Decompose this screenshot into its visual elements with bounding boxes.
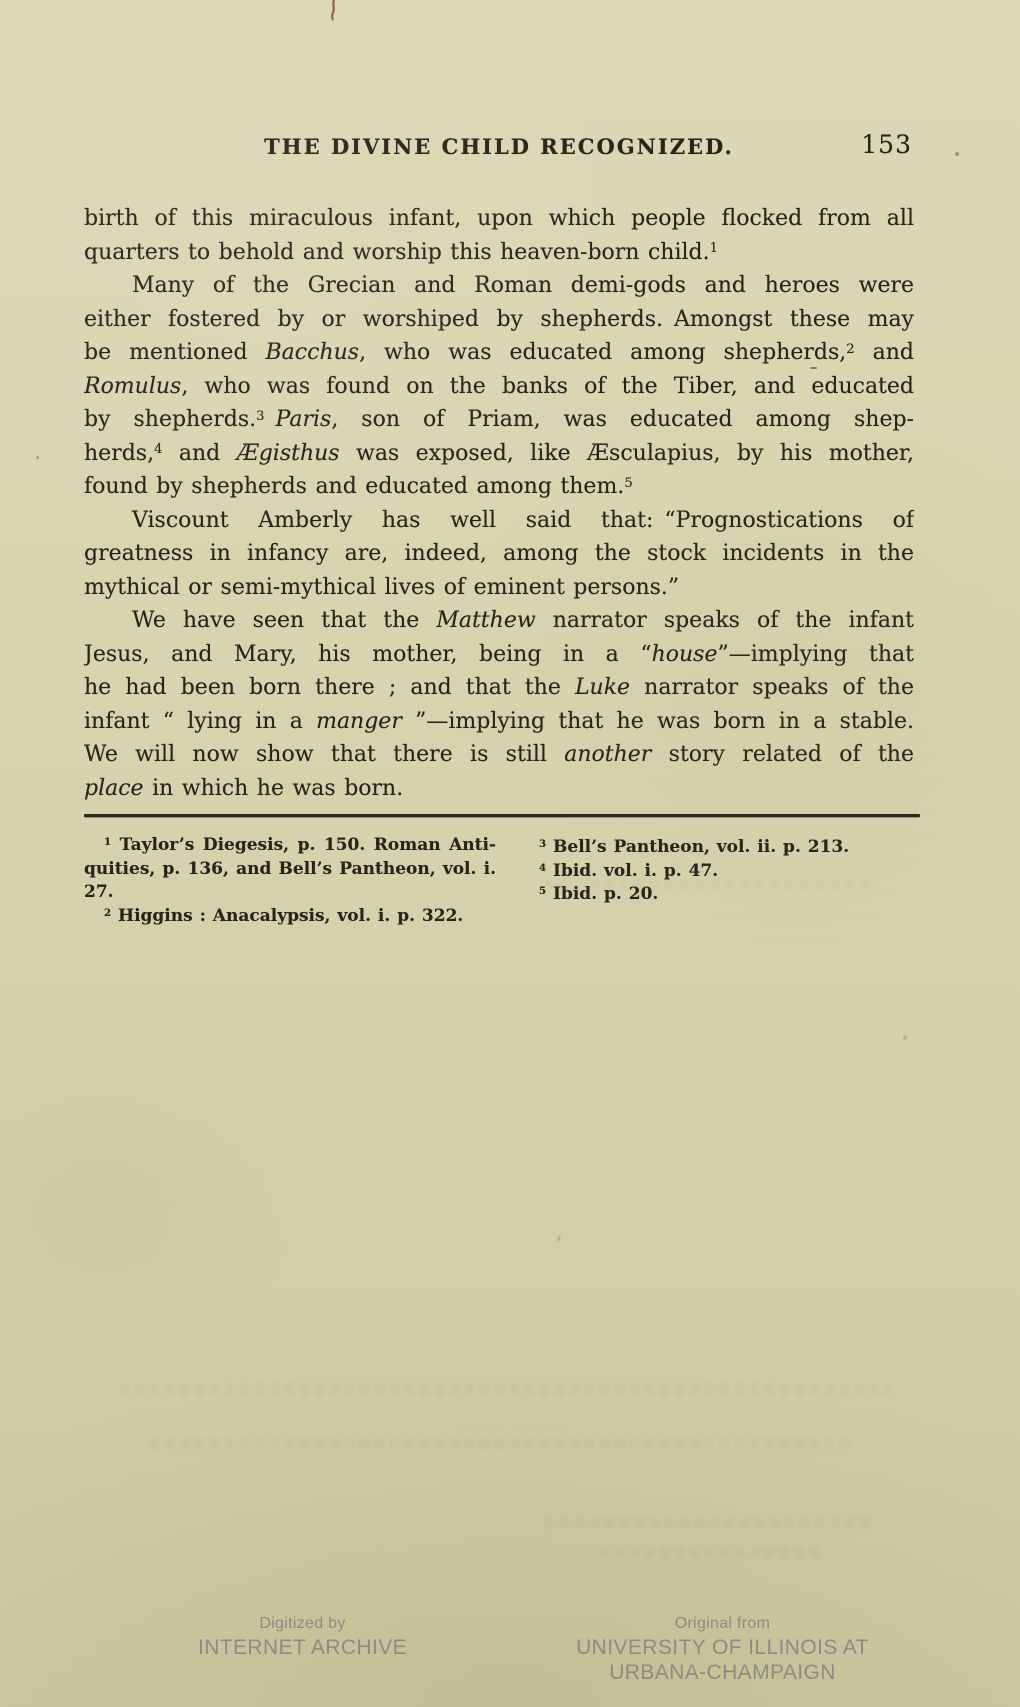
text-line: greatness in infancy are, indeed, among … [84,537,914,571]
text-segment: 27. [84,882,114,902]
text-segment: he had been born there ; and that the [84,675,575,700]
text-segment: Higgins : Anacalypsis, vol. i. p. 322. [111,906,463,926]
text-segment: Many of the Grecian and Roman demi-gods … [132,273,914,298]
page-number: 153 [861,130,912,159]
text-segment: birth of this miraculous infant, upon wh… [84,206,914,231]
text-segment: , who was found on the banks of the Tibe… [181,374,914,399]
show-through-ghost [150,1438,850,1449]
show-through-ghost [545,1518,875,1528]
text-line: he had been born there ; and that the Lu… [84,671,914,705]
scanned-book-page: THE DIVINE CHILD RECOGNIZED. 153 birth o… [0,0,1020,1707]
text-segment: Matthew [436,608,535,633]
text-segment: and [855,340,914,365]
text-line: Viscount Amberly has well said that: “Pr… [84,504,914,538]
text-segment: mythical or semi-mythical lives of emine… [84,575,679,600]
watermark-line: UNIVERSITY OF ILLINOIS AT [535,1635,910,1660]
text-segment: found by shepherds and educated among th… [84,474,624,499]
text-line: infant “ lying in a manger ”—implying th… [84,705,914,739]
text-segment: story related of the [651,742,914,767]
text-segment: , son of Priam, was educated among shep- [331,407,914,432]
text-line: Romulus, who was found on the banks of t… [84,370,914,404]
footnote-reference: 3 [256,409,264,424]
text-line: We will now show that there is still ano… [84,738,914,772]
watermark-line: INTERNET ARCHIVE [155,1635,450,1660]
text-segment: quarters to behold and worship this heav… [84,240,710,265]
ink-speck [810,367,817,369]
footnote-reference: 4 [154,442,162,457]
footnote-reference: 2 [104,907,111,919]
text-line: 1 Taylor’s Diegesis, p. 150. Roman Anti- [84,834,496,858]
text-line: Jesus, and Mary, his mother, being in a … [84,638,914,672]
text-segment: Jesus, and Mary, his mother, being in a … [84,642,652,667]
text-segment: greatness in infancy are, indeed, among … [84,541,914,566]
text-segment: Bell’s Pantheon, vol. ii. p. 213. [546,837,849,857]
text-line: mythical or semi-mythical lives of emine… [84,571,914,605]
text-line: found by shepherds and educated among th… [84,470,914,504]
text-segment: Ibid. p. 20. [546,884,658,904]
text-segment: and [162,441,236,466]
ink-speck [36,456,39,459]
text-segment: ”—implying that he was born in a stable. [402,709,914,734]
body-text: birth of this miraculous infant, upon wh… [84,202,914,805]
watermark-line: URBANA-CHAMPAIGN [535,1660,910,1685]
text-line: either fostered by or worshiped by sheph… [84,303,914,337]
text-segment: We have seen that the [132,608,436,633]
footnote-reference: 1 [104,836,111,848]
text-segment: narrator speaks of the infant [536,608,914,633]
footnote-reference: 5 [624,476,632,491]
text-segment: Viscount Amberly has well said that: “Pr… [132,508,914,533]
text-line: birth of this miraculous infant, upon wh… [84,202,914,236]
text-line: We have seen that the Matthew narrator s… [84,604,914,638]
text-segment: ”—implying that [718,642,914,667]
footnote-reference: 4 [539,862,546,874]
text-segment: quities, p. 136, and Bell’s Pantheon, vo… [84,859,496,882]
text-line: Many of the Grecian and Roman demi-gods … [84,269,914,303]
footnote-reference: 5 [539,885,546,897]
footnote-rule [84,814,920,817]
ink-speck [903,1035,907,1040]
text-line: by shepherds.3 Paris, son of Priam, was … [84,403,914,437]
text-line: 2 Higgins : Anacalypsis, vol. i. p. 322. [84,905,496,929]
text-segment: in which he was born. [144,776,404,801]
text-segment: either fostered by or worshiped by sheph… [84,307,914,332]
text-segment: Paris [276,407,332,432]
text-line: 5 Ibid. p. 20. [539,883,919,907]
footnotes-left-column: 1 Taylor’s Diegesis, p. 150. Roman Anti-… [84,834,496,928]
page-header: THE DIVINE CHILD RECOGNIZED. 153 [84,130,914,166]
text-segment [265,407,276,432]
watermark-line: Original from [535,1613,910,1635]
text-segment: herds, [84,441,154,466]
text-segment: Romulus [84,374,181,399]
text-segment: Ibid. vol. i. p. 47. [546,861,718,881]
text-segment: place [84,776,144,801]
text-segment: We will now show that there is still [84,742,564,767]
text-segment: be mentioned [84,340,266,365]
text-line: 3 Bell’s Pantheon, vol. ii. p. 213. [539,836,919,860]
ink-speck [955,152,959,156]
text-segment: narrator speaks of the [630,675,914,700]
text-segment: another [564,742,651,767]
text-segment: by shepherds. [84,407,256,432]
text-segment: Taylor’s Diegesis, p. 150. Roman Anti- [111,835,496,855]
digitized-by-watermark: Digitized by INTERNET ARCHIVE [155,1613,450,1660]
text-line: be mentioned Bacchus, who was educated a… [84,336,914,370]
text-segment: house [652,642,718,667]
ink-speck [557,1235,561,1242]
text-segment: Ægisthus [237,441,340,466]
text-segment: Luke [575,675,630,700]
text-line: 4 Ibid. vol. i. p. 47. [539,860,919,884]
footnotes-right-column: 3 Bell’s Pantheon, vol. ii. p. 213.4 Ibi… [539,836,919,907]
text-segment: , who was educated among shepherds, [359,340,846,365]
text-line: place in which he was born. [84,772,914,806]
running-title: THE DIVINE CHILD RECOGNIZED. [84,134,914,159]
text-segment: was exposed, like Æsculapius, by his mot… [340,441,914,466]
pen-mark-artifact [327,0,341,22]
watermark-line: Digitized by [155,1613,450,1635]
text-line: quities, p. 136, and Bell’s Pantheon, vo… [84,858,496,882]
show-through-ghost [120,1384,890,1396]
text-segment: Bacchus [266,340,360,365]
text-segment: manger [316,709,402,734]
original-from-watermark: Original from UNIVERSITY OF ILLINOIS AT … [535,1613,910,1685]
footnote-reference: 1 [710,241,718,256]
text-line: 27. [84,881,496,905]
footnote-reference: 2 [846,342,854,357]
text-segment: infant “ lying in a [84,709,316,734]
show-through-ghost [600,1548,820,1558]
text-line: quarters to behold and worship this heav… [84,236,914,270]
footnote-reference: 3 [539,838,546,850]
text-line: herds,4 and Ægisthus was exposed, like Æ… [84,437,914,471]
